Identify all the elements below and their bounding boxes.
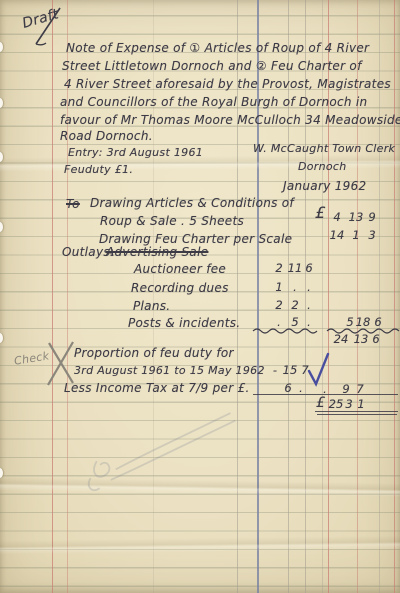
grand-total-underline <box>315 411 398 412</box>
heading-line-3: 4 River Street aforesaid by the Provost,… <box>64 77 391 91</box>
fee-row-1-pence: 9 <box>363 210 381 224</box>
grand-total-underline <box>317 414 397 415</box>
outlay-row-label: Auctioneer fee <box>134 262 226 276</box>
heading-line-6: Road Dornoch. <box>60 129 153 143</box>
subtotal-squiggle-1 <box>253 327 317 335</box>
currency-symbol: £ <box>315 203 325 222</box>
fee-row-1-pounds: 4 <box>328 210 346 224</box>
outlay-row-label: Posts & incidents. <box>128 316 240 330</box>
grand-total-currency: £ <box>316 395 325 411</box>
heading-line-2: Street Littletown Dornoch and ② Feu Char… <box>62 59 362 73</box>
heading-line-1: Note of Expense of ① Articles of Roup of… <box>66 41 369 55</box>
outlay-row-pence: . <box>300 280 318 294</box>
outlays-struck-item: Advertising Sale <box>106 245 208 259</box>
entry-feuduty-line: Feuduty £1. <box>64 163 133 176</box>
outlay-row-pence: . <box>300 298 318 312</box>
grand-total-pence: 1 <box>352 397 370 411</box>
vertical-rule-red-1 <box>52 0 53 593</box>
entry-date-line: Entry: 3rd August 1961 <box>68 146 203 159</box>
clerk-name-line: W. McCaught Town Clerk <box>253 142 395 155</box>
fee-row-2-label: Drawing Feu Charter per Scale <box>99 232 292 246</box>
heading-line-5: favour of Mr Thomas Moore McCulloch 34 M… <box>60 113 400 127</box>
clerk-date-line: January 1962 <box>283 179 366 193</box>
draft-slash-mark <box>32 6 66 50</box>
ink-bleedthrough <box>81 386 269 494</box>
scanned-ledger-page: Draft Note of Expense of ① Articles of R… <box>0 0 400 593</box>
fee-row-1-struck-word: To <box>66 197 80 211</box>
outlay-row-label: Recording dues <box>131 281 229 295</box>
outlay-row-label: Plans. <box>133 299 170 313</box>
clerk-town-line: Dornoch <box>298 160 347 173</box>
total-pence: 6 <box>367 332 385 346</box>
fee-row-1-label: Drawing Articles & Conditions of <box>90 196 294 210</box>
tax-shillings: . <box>292 381 310 395</box>
feuduty-line-1: Proportion of feu duty for <box>74 346 234 360</box>
vertical-rule-red-5 <box>394 0 395 593</box>
fee-row-2-pounds: 14 <box>328 228 346 242</box>
fee-row-2-pence: 3 <box>363 228 381 242</box>
outlay-row-pence: 6 <box>300 261 318 275</box>
heading-line-4: and Councillors of the Royal Burgh of Do… <box>60 95 367 109</box>
fee-row-1-label2: Roup & Sale . 5 Sheets <box>100 214 244 228</box>
check-x-mark <box>46 340 76 386</box>
feuduty-line-2: 3rd August 1961 to 15 May 1962 <box>74 364 265 377</box>
total-pounds: 24 <box>332 332 350 346</box>
total-rule <box>253 394 398 395</box>
